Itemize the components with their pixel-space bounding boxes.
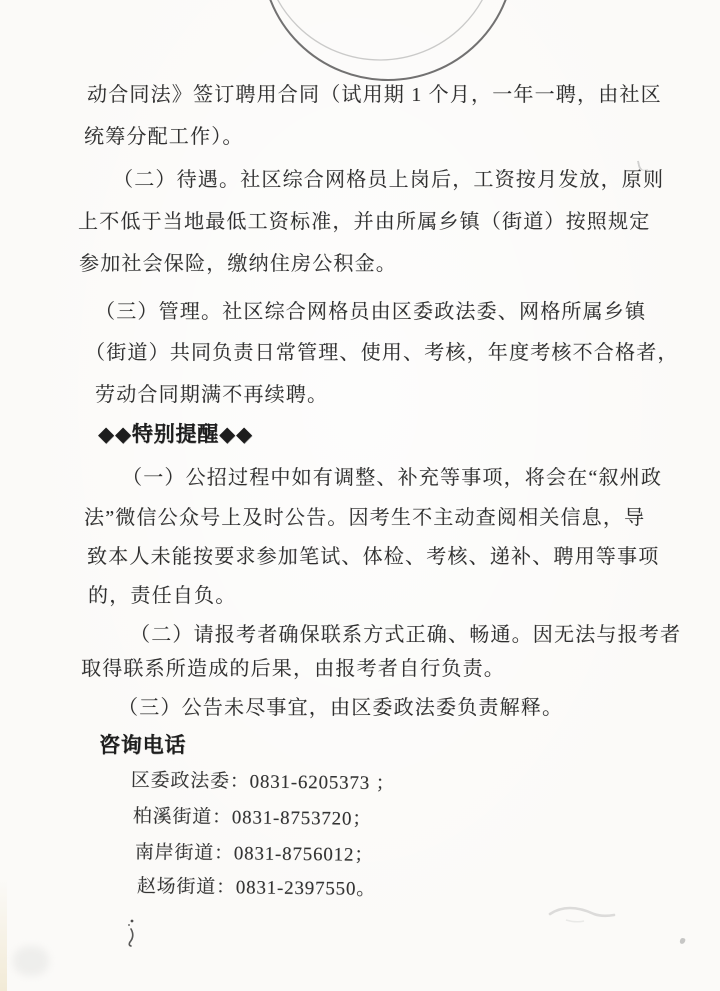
- text-line: 统筹分配工作）。: [84, 120, 244, 149]
- phone-line: 区委政法委：0831-6205373 ；: [131, 765, 396, 795]
- text-line: 参加社会保险，缴纳住房公积金。: [79, 247, 397, 276]
- phone-line: 南岸街道：0831-8756012；: [135, 837, 375, 867]
- phone-line: 赵场街道：0831-2397550。: [137, 871, 377, 901]
- section-heading-contact: 咨询电话: [99, 729, 186, 759]
- text-line: （街道）共同负责日常管理、使用、考核，年度考核不合格者，: [85, 336, 679, 365]
- smudge-mark: [548, 900, 618, 926]
- phone-line: 柏溪街道：0831-8753720；: [133, 801, 373, 831]
- section-heading-special-notice: ◆◆特别提醒◆◆: [98, 418, 253, 448]
- text-line: （三）公告未尽事宜，由区委政法委负责解释。: [118, 691, 563, 720]
- text-line: （二）待遇。社区综合网格员上岗后，工资按月发放，原则: [113, 163, 664, 192]
- text-line: 劳动合同期满不再续聘。: [95, 378, 328, 407]
- dot-smudge: [679, 937, 686, 944]
- text-line: 的，责任自负。: [88, 579, 236, 608]
- text-line: 动合同法》签订聘用合同（试用期 1 个月，一年一聘，由社区: [87, 78, 662, 107]
- scan-artifact-ring: [0, 0, 720, 130]
- ink-mark: [120, 912, 148, 952]
- text-line: （二）请报考者确保联系方式正确、畅通。因无法与报考者: [130, 618, 681, 647]
- text-line: 法”微信公众号上及时公告。因考生不主动查阅相关信息，导: [84, 501, 645, 530]
- text-line: 上不低于当地最低工资标准，并由所属乡镇（街道）按照规定: [78, 205, 650, 234]
- text-line: 致本人未能按要求参加笔试、体检、考核、递补、聘用等事项: [87, 540, 659, 569]
- text-line: （一）公招过程中如有调整、补充等事项，将会在“叙州政: [122, 461, 662, 490]
- page-edge-shadow: [0, 878, 7, 991]
- scanned-document-page: 动合同法》签订聘用合同（试用期 1 个月，一年一聘，由社区 统筹分配工作）。 （…: [0, 0, 720, 991]
- scan-blotch: [13, 946, 49, 976]
- text-line: 取得联系所造成的后果，由报考者自行负责。: [81, 652, 505, 681]
- text-line: （三）管理。社区综合网格员由区委政法委、网格所属乡镇: [95, 295, 646, 324]
